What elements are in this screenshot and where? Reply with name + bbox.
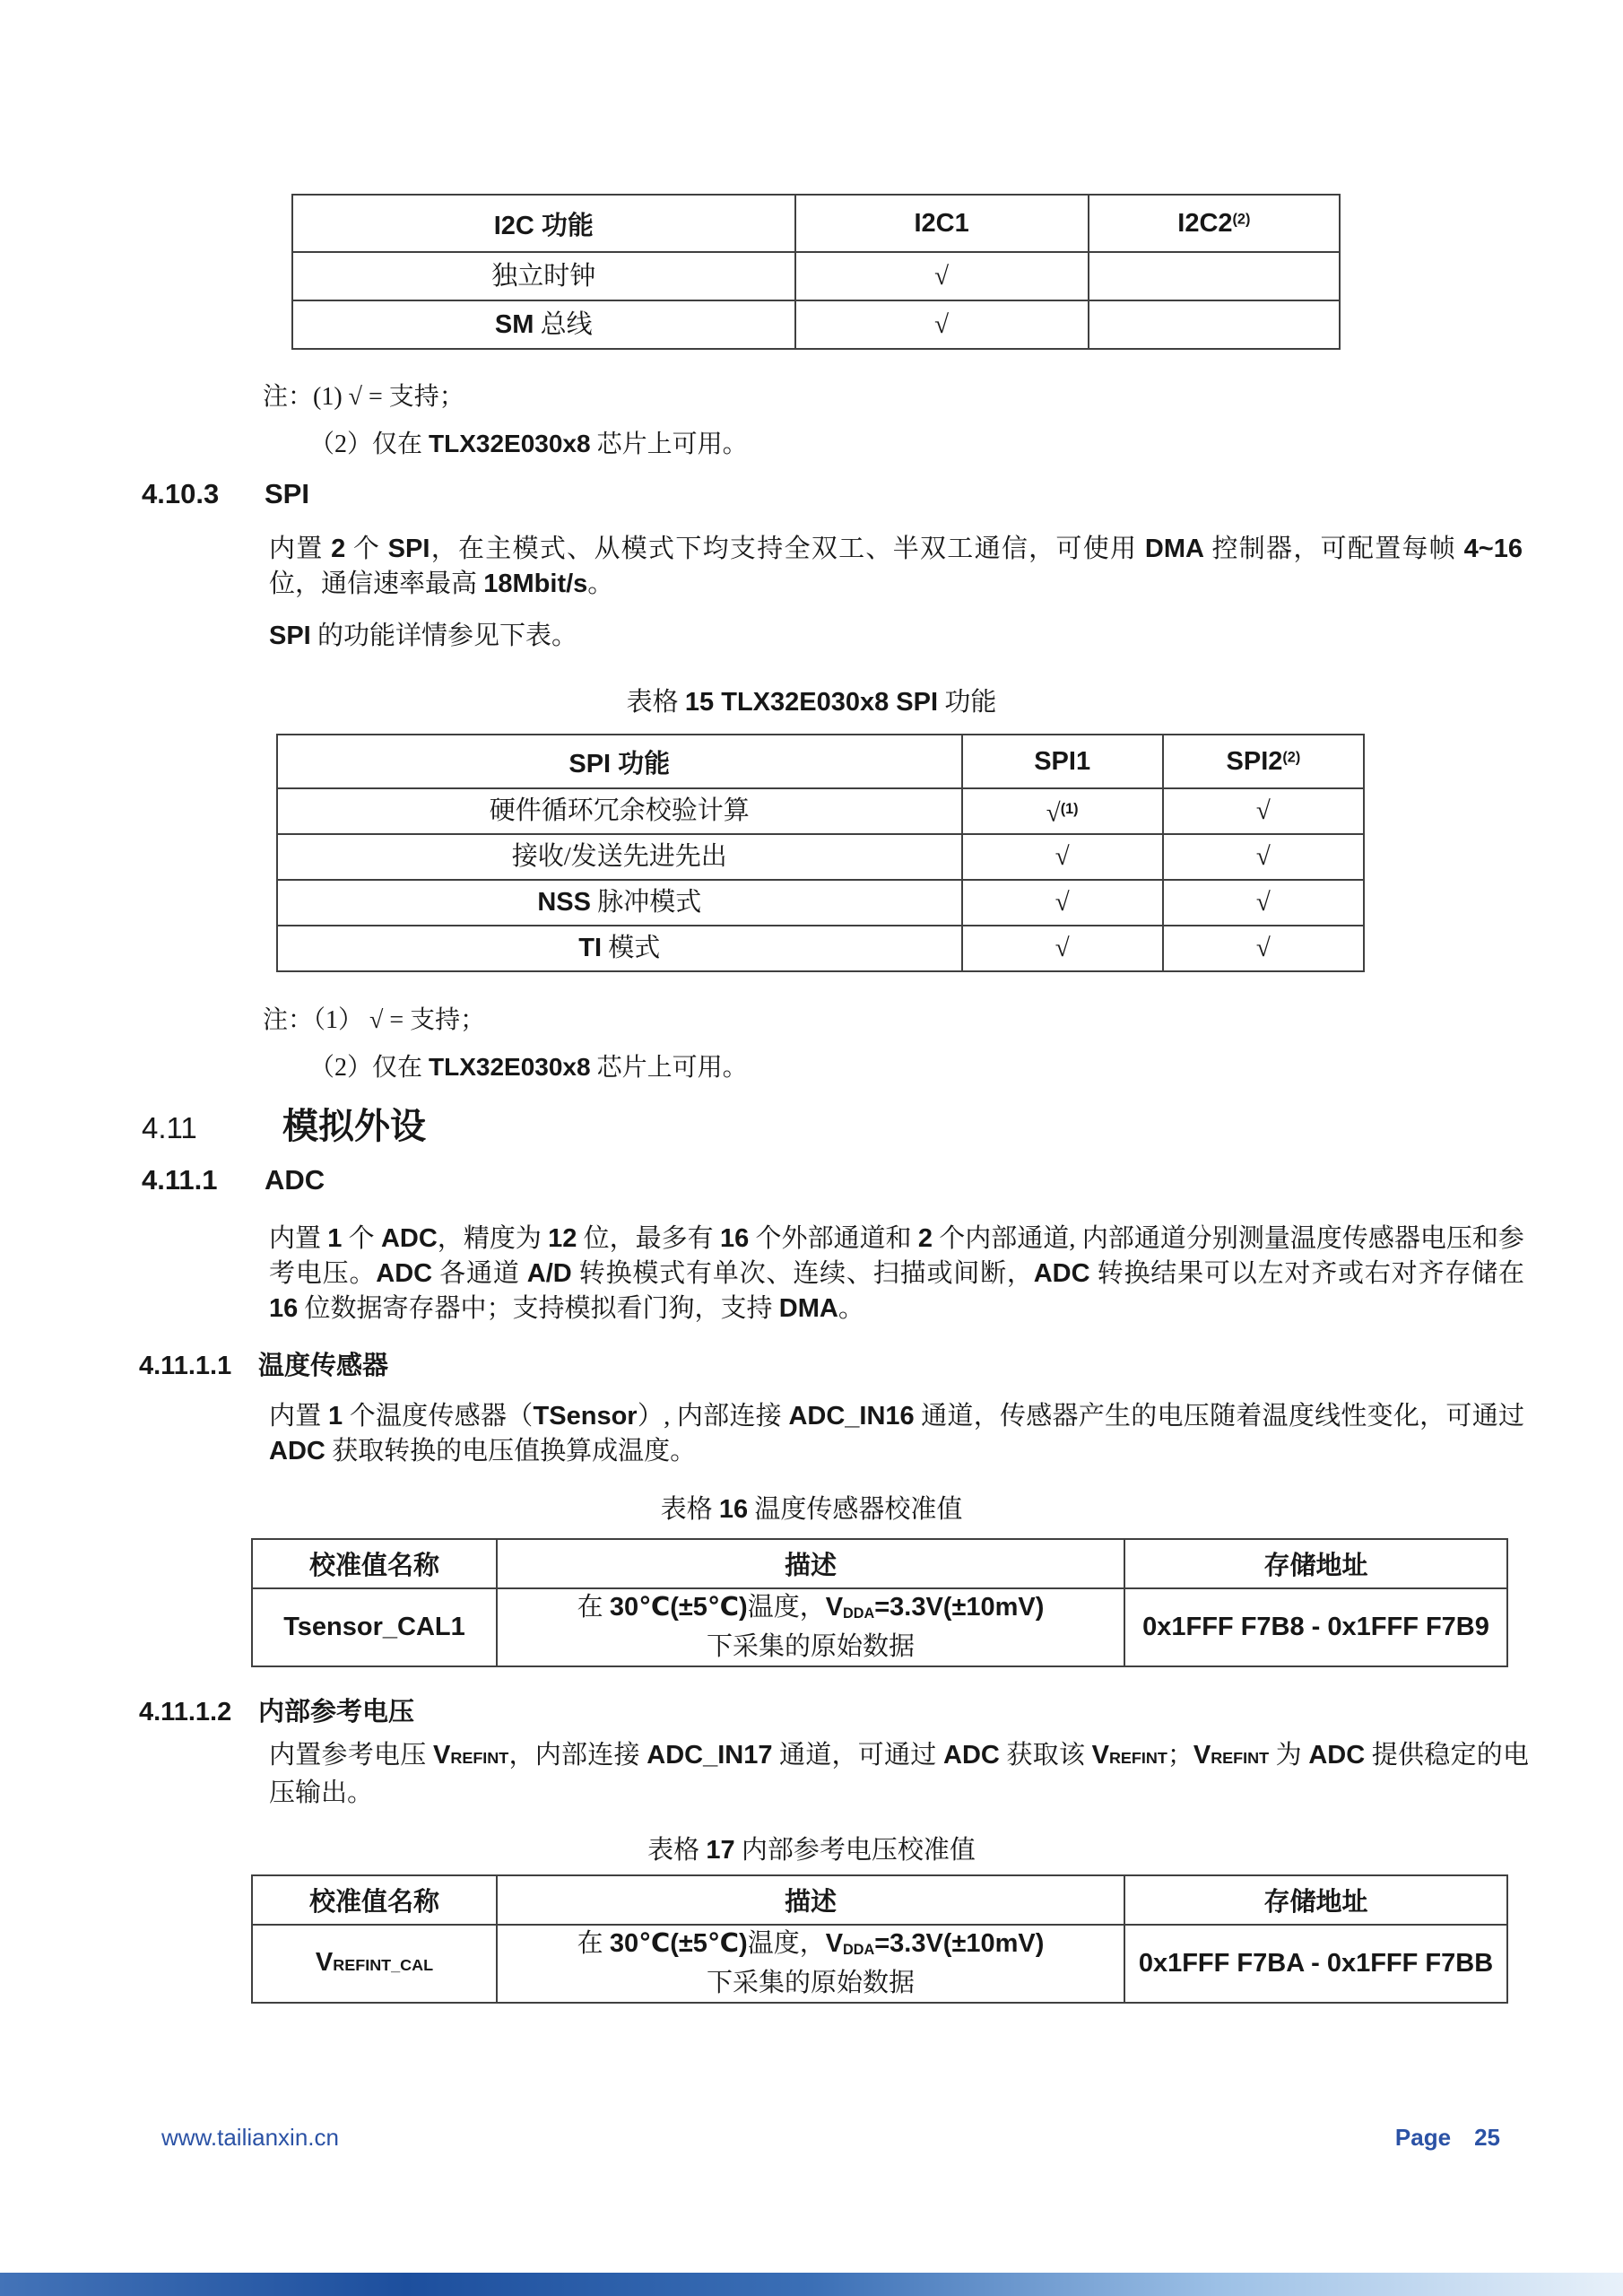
table-cell: Tsensor_CAL1 [252,1588,497,1666]
spi-intro-paragraph: 内置 2 个 SPI，在主模式、从模式下均支持全双工、半双工通信，可使用 DMA… [269,532,1523,602]
table-header-cell: I2C 功能 [292,195,795,252]
i2c-note-line2: （2）仅在 TLX32E030x8 芯片上可用。 [309,424,748,460]
section-title: SPI [265,478,309,510]
table-cell: √ [962,926,1163,971]
table-header-cell: SPI 功能 [277,735,962,788]
table-cell: √ [1163,834,1364,880]
section-number: 4.11 [142,1111,282,1145]
section-heading-tsensor: 4.11.1.1 温度传感器 [139,1345,388,1382]
spi-feature-table: SPI 功能 SPI1 SPI2(2) 硬件循环冗余校验计算 √(1) √ 接收… [276,734,1365,972]
adc-intro-paragraph: 内置 1 个 ADC，精度为 12 位，最多有 16 个外部通道和 2 个内部通… [269,1222,1524,1326]
vrefint-intro-paragraph: 内置参考电压 VREFINT，内部连接 ADC_IN17 通道，可通过 ADC … [269,1738,1529,1811]
table-row: SM 总线 √ [292,300,1340,349]
table-header-cell: I2C2(2) [1089,195,1340,252]
table-cell: √ [962,880,1163,926]
table-cell: NSS 脉冲模式 [277,880,962,926]
table-header-cell: 存储地址 [1124,1539,1507,1588]
i2c-note-line1: 注：(1) √ = 支持； [263,377,464,413]
table-header-cell: 描述 [497,1539,1124,1588]
table-cell: √ [962,834,1163,880]
section-heading-spi: 4.10.3 SPI [142,478,309,510]
table-header-cell: SPI1 [962,735,1163,788]
table-row: Tsensor_CAL1 在 30℃(±5℃)温度，VDDA=3.3V(±10m… [252,1588,1507,1666]
table-cell: √ [795,252,1089,300]
section-number: 4.10.3 [142,478,265,510]
table-cell: √ [795,300,1089,349]
vrefint-calibration-table: 校准值名称 描述 存储地址 VREFINT_CAL 在 30℃(±5℃)温度，V… [251,1874,1508,2004]
bottom-gradient-bar [0,2273,1623,2296]
spi-table-ref-paragraph: SPI 的功能详情参见下表。 [269,619,1523,654]
section-number: 4.11.1 [142,1164,265,1196]
section-title: 内部参考电压 [258,1692,414,1728]
table-header-cell: SPI2(2) [1163,735,1364,788]
table-row: TI 模式 √ √ [277,926,1364,971]
table-row: 接收/发送先进先出 √ √ [277,834,1364,880]
table-cell: TI 模式 [277,926,962,971]
table-cell: √ [1163,788,1364,834]
table-cell: 0x1FFF F7B8 - 0x1FFF F7B9 [1124,1588,1507,1666]
footer-page-value: 25 [1474,2124,1500,2151]
table-cell: √ [1163,880,1364,926]
section-heading-adc: 4.11.1 ADC [142,1164,325,1196]
tsensor-intro-paragraph: 内置 1 个温度传感器（TSensor）, 内部连接 ADC_IN16 通道，传… [269,1399,1524,1469]
footer-page-number: Page25 [1395,2124,1500,2152]
i2c-feature-table: I2C 功能 I2C1 I2C2(2) 独立时钟 √ SM 总线 √ [291,194,1341,350]
table-header-cell: I2C1 [795,195,1089,252]
spi-note-line1: 注：（1） √ = 支持； [263,1000,485,1036]
table-row: 硬件循环冗余校验计算 √(1) √ [277,788,1364,834]
table-cell [1089,300,1340,349]
section-heading-vrefint: 4.11.1.2 内部参考电压 [139,1692,414,1728]
table17-caption: 表格 17 内部参考电压校准值 [0,1830,1623,1866]
section-number: 4.11.1.2 [139,1698,258,1727]
table-cell: 独立时钟 [292,252,795,300]
table16-caption: 表格 16 温度传感器校准值 [0,1489,1623,1526]
table-header-row: I2C 功能 I2C1 I2C2(2) [292,195,1340,252]
section-title: ADC [265,1164,325,1196]
table-cell: 硬件循环冗余校验计算 [277,788,962,834]
table-row: VREFINT_CAL 在 30℃(±5℃)温度，VDDA=3.3V(±10mV… [252,1925,1507,2003]
table-row: 独立时钟 √ [292,252,1340,300]
footer-site-link[interactable]: www.tailianxin.cn [161,2124,339,2152]
table-header-cell: 存储地址 [1124,1875,1507,1925]
table-header-row: 校准值名称 描述 存储地址 [252,1875,1507,1925]
table-header-row: SPI 功能 SPI1 SPI2(2) [277,735,1364,788]
table-cell [1089,252,1340,300]
section-number: 4.11.1.1 [139,1352,258,1381]
table15-caption: 表格 15 TLX32E030x8 SPI 功能 [0,682,1623,718]
table-cell: √(1) [962,788,1163,834]
table-header-cell: 校准值名称 [252,1539,497,1588]
table-cell: 接收/发送先进先出 [277,834,962,880]
table-cell: √ [1163,926,1364,971]
table-cell: 在 30℃(±5℃)温度，VDDA=3.3V(±10mV)下采集的原始数据 [497,1588,1124,1666]
table-row: NSS 脉冲模式 √ √ [277,880,1364,926]
spi-note-line2: （2）仅在 TLX32E030x8 芯片上可用。 [309,1048,748,1083]
datasheet-page: I2C 功能 I2C1 I2C2(2) 独立时钟 √ SM 总线 √ 注：(1)… [0,0,1623,2296]
tsensor-calibration-table: 校准值名称 描述 存储地址 Tsensor_CAL1 在 30℃(±5℃)温度，… [251,1538,1508,1667]
section-heading-analog: 4.11 模拟外设 [142,1098,426,1149]
table-cell: VREFINT_CAL [252,1925,497,2003]
section-title: 温度传感器 [258,1345,388,1382]
table-header-row: 校准值名称 描述 存储地址 [252,1539,1507,1588]
table-cell: SM 总线 [292,300,795,349]
table-header-cell: 描述 [497,1875,1124,1925]
footer-page-label: Page [1395,2124,1451,2151]
table-cell: 在 30℃(±5℃)温度，VDDA=3.3V(±10mV)下采集的原始数据 [497,1925,1124,2003]
table-cell: 0x1FFF F7BA - 0x1FFF F7BB [1124,1925,1507,2003]
table-header-cell: 校准值名称 [252,1875,497,1925]
section-title: 模拟外设 [282,1098,426,1149]
